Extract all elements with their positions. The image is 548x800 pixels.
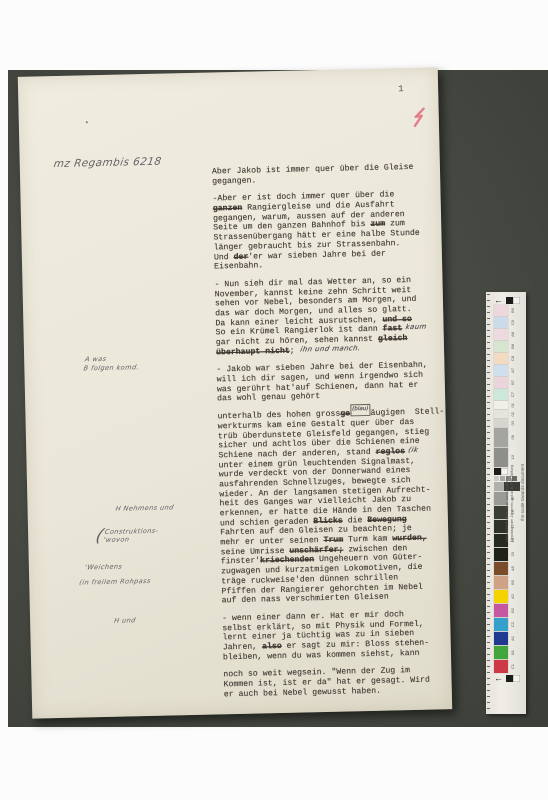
color-patch-row: B2	[494, 604, 526, 617]
patch-label: C9	[510, 320, 515, 325]
margin-note-text: 'Weichens	[84, 563, 123, 572]
typed-segment: finster'	[221, 557, 261, 567]
paragraph: - Jakob war sieben Jahre bei der Eisenba…	[216, 360, 457, 404]
strip-caption-archive: Universität Rostock. Uwe Johnson-Archiv	[505, 392, 509, 542]
checker-patch	[506, 675, 520, 682]
patch-label: B2	[510, 608, 515, 613]
arrow-icon: ←	[494, 296, 503, 304]
typed-segment: die	[343, 516, 368, 526]
color-patch	[494, 365, 508, 376]
struck-text: Bewegung	[367, 515, 407, 525]
paragraph: -Aber er ist doch immer quer über diegan…	[212, 189, 454, 272]
struck-text: Blicks	[313, 516, 343, 526]
margin-note: 'Weichens	[84, 563, 123, 572]
typed-text: Aber Jakob ist immer quer über die Gleis…	[212, 162, 464, 708]
patch-label: B8	[510, 344, 515, 349]
color-patch-row: A2	[494, 590, 526, 603]
typed-segment: Jahren,	[223, 642, 263, 652]
margin-note-text: Construktions-'wovon	[103, 526, 159, 544]
color-calibration-strip: ←B9C9A8B8C8A7B7C70102030910t119171820A5B…	[486, 292, 526, 714]
patch-label: A8	[510, 332, 515, 337]
color-patch-row: B5	[494, 576, 526, 589]
handwritten-header-note: mz Regambis 6218	[53, 156, 163, 170]
arrow-icon: ←	[494, 674, 503, 682]
margin-note: (in freilem Rohpass	[79, 577, 152, 587]
struck-text: kriechenden	[260, 556, 314, 566]
color-patch	[494, 604, 508, 617]
checker-row: ←	[494, 296, 526, 304]
color-patch	[494, 576, 508, 589]
handwritten-edit: ihn und manch.	[299, 344, 361, 355]
patch-label: B5	[510, 580, 515, 585]
color-patch	[494, 548, 508, 561]
typed-segment: das wohl genau gehört	[217, 393, 320, 404]
margin-note: H und	[113, 616, 136, 625]
struck-text: überhaupt nicht	[216, 346, 290, 357]
color-patch-row: C2	[494, 618, 526, 631]
margin-note-text: A wasB folgen komd.	[83, 354, 141, 372]
typed-segment: Und	[214, 252, 234, 261]
checker-row: ←	[494, 674, 526, 682]
patch-label: C8	[510, 356, 515, 361]
patch-label: A1	[510, 636, 515, 641]
struck-text: wurden,	[392, 534, 427, 544]
color-patch	[494, 341, 508, 352]
typed-segment: gegangen.	[212, 176, 256, 186]
struck-text: zum	[370, 220, 385, 229]
typed-segment: äugigen Stell-	[371, 407, 445, 418]
strip-caption-depositum: Depositum der Johannes und Anita Frey St…	[510, 392, 514, 542]
manuscript-page: 1 mz Regambis 6218 Aber Jakob ist immer …	[18, 67, 452, 718]
typed-segment: Eisenbahn.	[214, 262, 263, 272]
wedge-bar-segment	[494, 482, 504, 491]
patch-label: B9	[510, 308, 515, 313]
typed-segment: zum	[385, 220, 405, 229]
color-patch	[494, 329, 508, 340]
typed-segment: Turm kam	[343, 535, 392, 545]
paragraph: Aber Jakob ist immer quer über die Gleis…	[212, 162, 452, 187]
patch-label: A5	[510, 566, 515, 571]
scanned-document-viewer: 1 mz Regambis 6218 Aber Jakob ist immer …	[0, 0, 548, 800]
struck-text: also	[262, 642, 282, 651]
wedge-cell	[494, 476, 499, 481]
color-patch	[494, 305, 508, 316]
color-patch	[494, 646, 508, 659]
struck-text: reglos	[376, 447, 406, 457]
struck-text: der	[233, 252, 248, 261]
patch-label: C2	[510, 622, 515, 627]
color-patch-row: B1	[494, 646, 526, 659]
struck-text: Trum	[323, 536, 343, 545]
struck-text: fast	[383, 325, 403, 334]
color-patch	[494, 660, 508, 673]
margin-note: A wasB folgen komd.	[83, 354, 141, 372]
strip-caption-outer: the scale towards document	[520, 306, 525, 521]
color-patch-row: C1	[494, 660, 526, 673]
patch-label: 20	[510, 552, 515, 556]
red-pencil-mark	[412, 108, 429, 133]
struck-text: ge	[340, 410, 350, 419]
handwritten-edit: (ik	[404, 446, 418, 456]
paragraph: noch so weit wegsein. "Wenn der Zug imKo…	[223, 665, 464, 700]
handwritten-insertion: (blau)	[350, 404, 371, 416]
checker-patch	[506, 297, 520, 304]
handwritten-edit: kaum	[402, 323, 428, 333]
margin-note-text: H und	[113, 616, 136, 625]
margin-note: (Construktions-'wovon	[95, 525, 160, 546]
page-number: 1	[398, 84, 404, 94]
patch-label: A7	[510, 368, 515, 373]
color-patch	[494, 590, 508, 603]
patch-label: A2	[510, 594, 515, 599]
color-patch	[494, 317, 508, 328]
color-patch-row: A5	[494, 562, 526, 575]
paragraph: unterhalb des hohen grossge(blau)äugigen…	[217, 407, 461, 606]
color-patch-row: A1	[494, 632, 526, 645]
color-patch	[494, 618, 508, 631]
patch-label: B1	[510, 650, 515, 655]
margin-note-text: H Nehmens und	[115, 503, 174, 513]
color-patch	[494, 632, 508, 645]
patch-label: B7	[510, 380, 515, 385]
color-patch	[494, 377, 508, 388]
color-patch-row: 20	[494, 548, 526, 561]
struck-text: gleich	[378, 334, 408, 344]
color-patch	[494, 353, 508, 364]
struck-text: ganzen	[213, 204, 243, 214]
patch-label: C1	[510, 664, 515, 669]
typed-segment: ;	[290, 346, 300, 355]
margin-note: H Nehmens und	[115, 503, 174, 513]
paragraph: - Nun sieh dir mal das Wetter an, so ein…	[214, 275, 456, 358]
color-patch	[494, 562, 508, 575]
paragraph: - wenn einer dann er. Hat er mir dochsel…	[222, 609, 463, 663]
ink-dot	[86, 121, 88, 123]
margin-note-text: (in freilem Rohpass	[79, 577, 152, 587]
